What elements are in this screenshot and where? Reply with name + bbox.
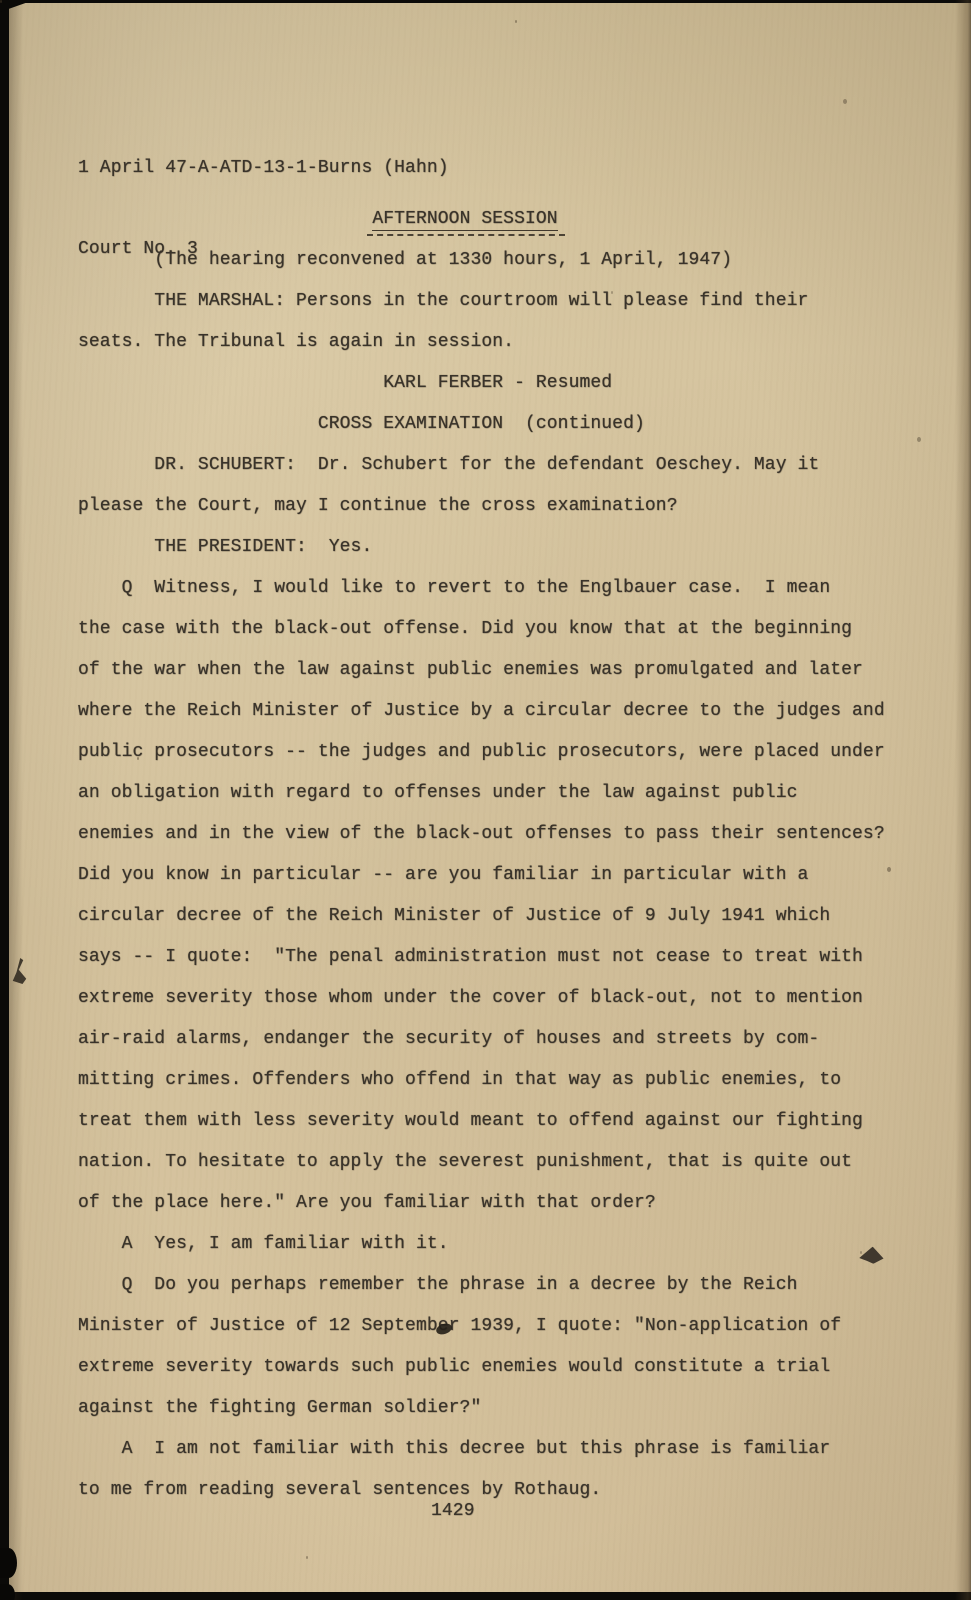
right-edge-shadow — [955, 0, 971, 1600]
header-date-line: 1 April 47-A-ATD-13-1-Burns (Hahn) — [78, 155, 449, 182]
transcript-line: the case with the black-out offense. Did… — [78, 609, 885, 650]
transcript-line: where the Reich Minister of Justice by a… — [78, 691, 885, 732]
transcript-line: A Yes, I am familiar with it. — [78, 1224, 885, 1265]
transcript-line: Q Witness, I would like to revert to the… — [78, 568, 885, 609]
left-edge-shadow — [9, 0, 23, 1600]
transcript-line: Did you know in particular -- are you fa… — [78, 855, 885, 896]
transcript-line: Minister of Justice of 12 September 1939… — [78, 1306, 885, 1347]
paper-specks — [0, 0, 2, 3]
transcript-line: extreme severity towards such public ene… — [78, 1347, 885, 1388]
transcript-line: of the place here." Are you familiar wit… — [78, 1183, 885, 1224]
transcript-line: THE MARSHAL: Persons in the courtroom wi… — [78, 281, 885, 322]
transcript-line: nation. To hesitate to apply the severes… — [78, 1142, 885, 1183]
transcript-line: of the war when the law against public e… — [78, 650, 885, 691]
scan-edge-artifact — [0, 1584, 15, 1600]
transcript-line: against the fighting German soldier?" — [78, 1388, 885, 1429]
transcript-line: A I am not familiar with this decree but… — [78, 1429, 885, 1470]
session-title: AFTERNOON SESSION — [78, 199, 885, 240]
transcript-line: seats. The Tribunal is again in session. — [78, 322, 885, 363]
transcript-line: enemies and in the view of the black-out… — [78, 814, 885, 855]
stage-direction: (The hearing reconvened at 1330 hours, 1… — [78, 240, 885, 281]
transcript-line: public prosecutors -- the judges and pub… — [78, 732, 885, 773]
transcript-line: circular decree of the Reich Minister of… — [78, 896, 885, 937]
transcript-line: Q Do you perhaps remember the phrase in … — [78, 1265, 885, 1306]
transcript-line: an obligation with regard to offenses un… — [78, 773, 885, 814]
page-number: 1429 — [431, 1501, 475, 1521]
transcript-line: extreme severity those whom under the co… — [78, 978, 885, 1019]
scanned-page: 1 April 47-A-ATD-13-1-Burns (Hahn) Court… — [0, 0, 971, 1600]
transcript-line: DR. SCHUBERT: Dr. Schubert for the defen… — [78, 445, 885, 486]
examination-heading: CROSS EXAMINATION (continued) — [78, 404, 885, 445]
scan-edge-artifact — [0, 1548, 17, 1578]
transcript-line: says -- I quote: "The penal administrati… — [78, 937, 885, 978]
transcript-line: mitting crimes. Offenders who offend in … — [78, 1060, 885, 1101]
witness-heading: KARL FERBER - Resumed — [78, 363, 885, 404]
transcript-line: treat them with less severity would mean… — [78, 1101, 885, 1142]
transcript-lines: AFTERNOON SESSION (The hearing reconvene… — [78, 199, 885, 1511]
transcript-line: please the Court, may I continue the cro… — [78, 486, 885, 527]
transcript-line: to me from reading several sentences by … — [78, 1470, 885, 1511]
transcript-line: THE PRESIDENT: Yes. — [78, 527, 885, 568]
transcript-line: air-raid alarms, endanger the security o… — [78, 1019, 885, 1060]
